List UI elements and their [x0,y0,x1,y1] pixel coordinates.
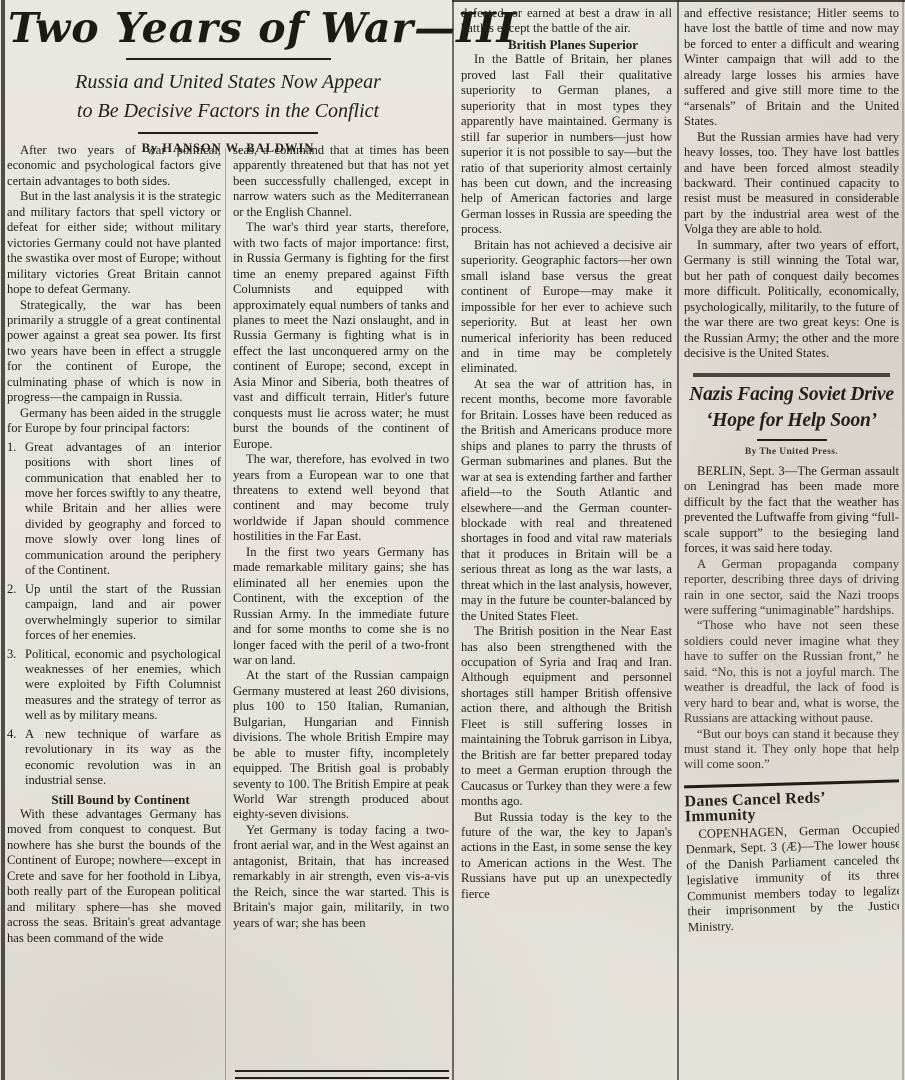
item-number: 4. [7,727,25,789]
article-danes-cancel-reds-immunity: Danes Cancel Reds’ Immunity COPENHAGEN, … [684,779,899,935]
numbered-item: 2. Up until the start of the Russian cam… [7,582,221,644]
article2-headline-rule [757,439,827,441]
paragraph: seas, a command that at times has been a… [233,143,449,220]
paragraph: Germany has been aided in the struggle f… [7,406,221,437]
item-text: Up until the start of the Russian campai… [25,582,221,644]
article2-headline-line1: Nazis Facing Soviet Drive [684,382,899,408]
paragraph: After two years of war political, econom… [7,143,221,189]
paragraph: The war's third year starts, therefore, … [233,220,449,452]
paragraph: At the start of the Russian campaign Ger… [233,668,449,823]
item-number: 1. [7,440,25,579]
paragraph: and effective resistance; Hitler seems t… [684,6,899,130]
numbered-item: 3. Political, economic and psychological… [7,647,221,724]
paragraph: defeated, or earned at best a draw in al… [461,6,672,37]
paragraph: In the first two years Germany has made … [233,545,449,669]
paragraph: The British position in the Near East ha… [461,624,672,809]
page-edge-right [902,0,904,1080]
main-headline: Two Years of War—III [8,4,448,52]
article3-top-rule [684,779,899,788]
item-number: 3. [7,647,25,724]
paragraph: “Those who have not seen these soldiers … [684,618,899,726]
sub-headline-line1: Russia and United States Now Appear [8,68,448,97]
column-rule-1 [452,0,454,1080]
paragraph: With these advantages Germany has moved … [7,807,221,946]
sub-headline: Russia and United States Now Appear to B… [8,68,448,126]
body-column-2: seas, a command that at times has been a… [233,143,449,1070]
paragraph: “But our boys can stand it because they … [684,727,899,773]
numbered-item: 1. Great advantages of an interior posit… [7,440,221,579]
paragraph: A German propaganda company reporter, de… [684,557,899,619]
paragraph: In the Battle of Britain, her planes pro… [461,52,672,237]
paragraph: In summary, after two years of effort, G… [684,238,899,362]
item-text: Political, economic and psychological we… [25,647,221,724]
page-edge-left [1,0,5,1080]
item-number: 2. [7,582,25,644]
paragraph: Yet Germany is today facing a two-front … [233,823,449,931]
item-text: Great advantages of an interior position… [25,440,221,579]
subheadline-rule [138,132,318,134]
column-rule-inner [225,148,226,1080]
paragraph: Strategically, the war has been primaril… [7,298,221,406]
column-end-double-rule [235,1070,449,1079]
numbered-item: 4. A new technique of warfare as revolut… [7,727,221,789]
article2-top-rule [693,373,891,377]
body-column-4: and effective resistance; Hitler seems t… [684,6,899,1080]
paragraph: But the Russian armies have had very hea… [684,130,899,238]
body-column-1: After two years of war political, econom… [7,143,221,1080]
paragraph: But Russia today is the key to the futur… [461,810,672,903]
paragraph: Britain has not achieved a decisive air … [461,238,672,377]
article2-byline: By The United Press. [684,445,899,460]
column-rule-2 [677,0,679,1080]
sub-headline-line2: to Be Decisive Factors in the Conflict [8,97,448,126]
article2-headline-line2: ‘Hope for Help Soon’ [684,408,899,434]
paragraph: At sea the war of attrition has, in rece… [461,377,672,624]
section-subhead: British Planes Superior [461,37,672,52]
headline-block: Two Years of War—III Russia and United S… [8,4,448,156]
body-column-3: defeated, or earned at best a draw in al… [461,6,672,1080]
section-subhead: Still Bound by Continent [7,792,221,807]
headline-rule [126,58,331,60]
paragraph: COPENHAGEN, German Occupied Denmark, Sep… [685,821,899,935]
newspaper-page: Two Years of War—III Russia and United S… [0,0,905,1080]
paragraph: The war, therefore, has evolved in two y… [233,452,449,545]
item-text: A new technique of warfare as revolution… [25,727,221,789]
paragraph: BERLIN, Sept. 3—The German assault on Le… [684,464,899,557]
article-nazis-facing-soviet-drive: Nazis Facing Soviet Drive ‘Hope for Help… [684,373,899,773]
article3-headline: Danes Cancel Reds’ Immunity [684,788,899,825]
article2-headline: Nazis Facing Soviet Drive ‘Hope for Help… [684,382,899,434]
paragraph: But in the last analysis it is the strat… [7,189,221,297]
